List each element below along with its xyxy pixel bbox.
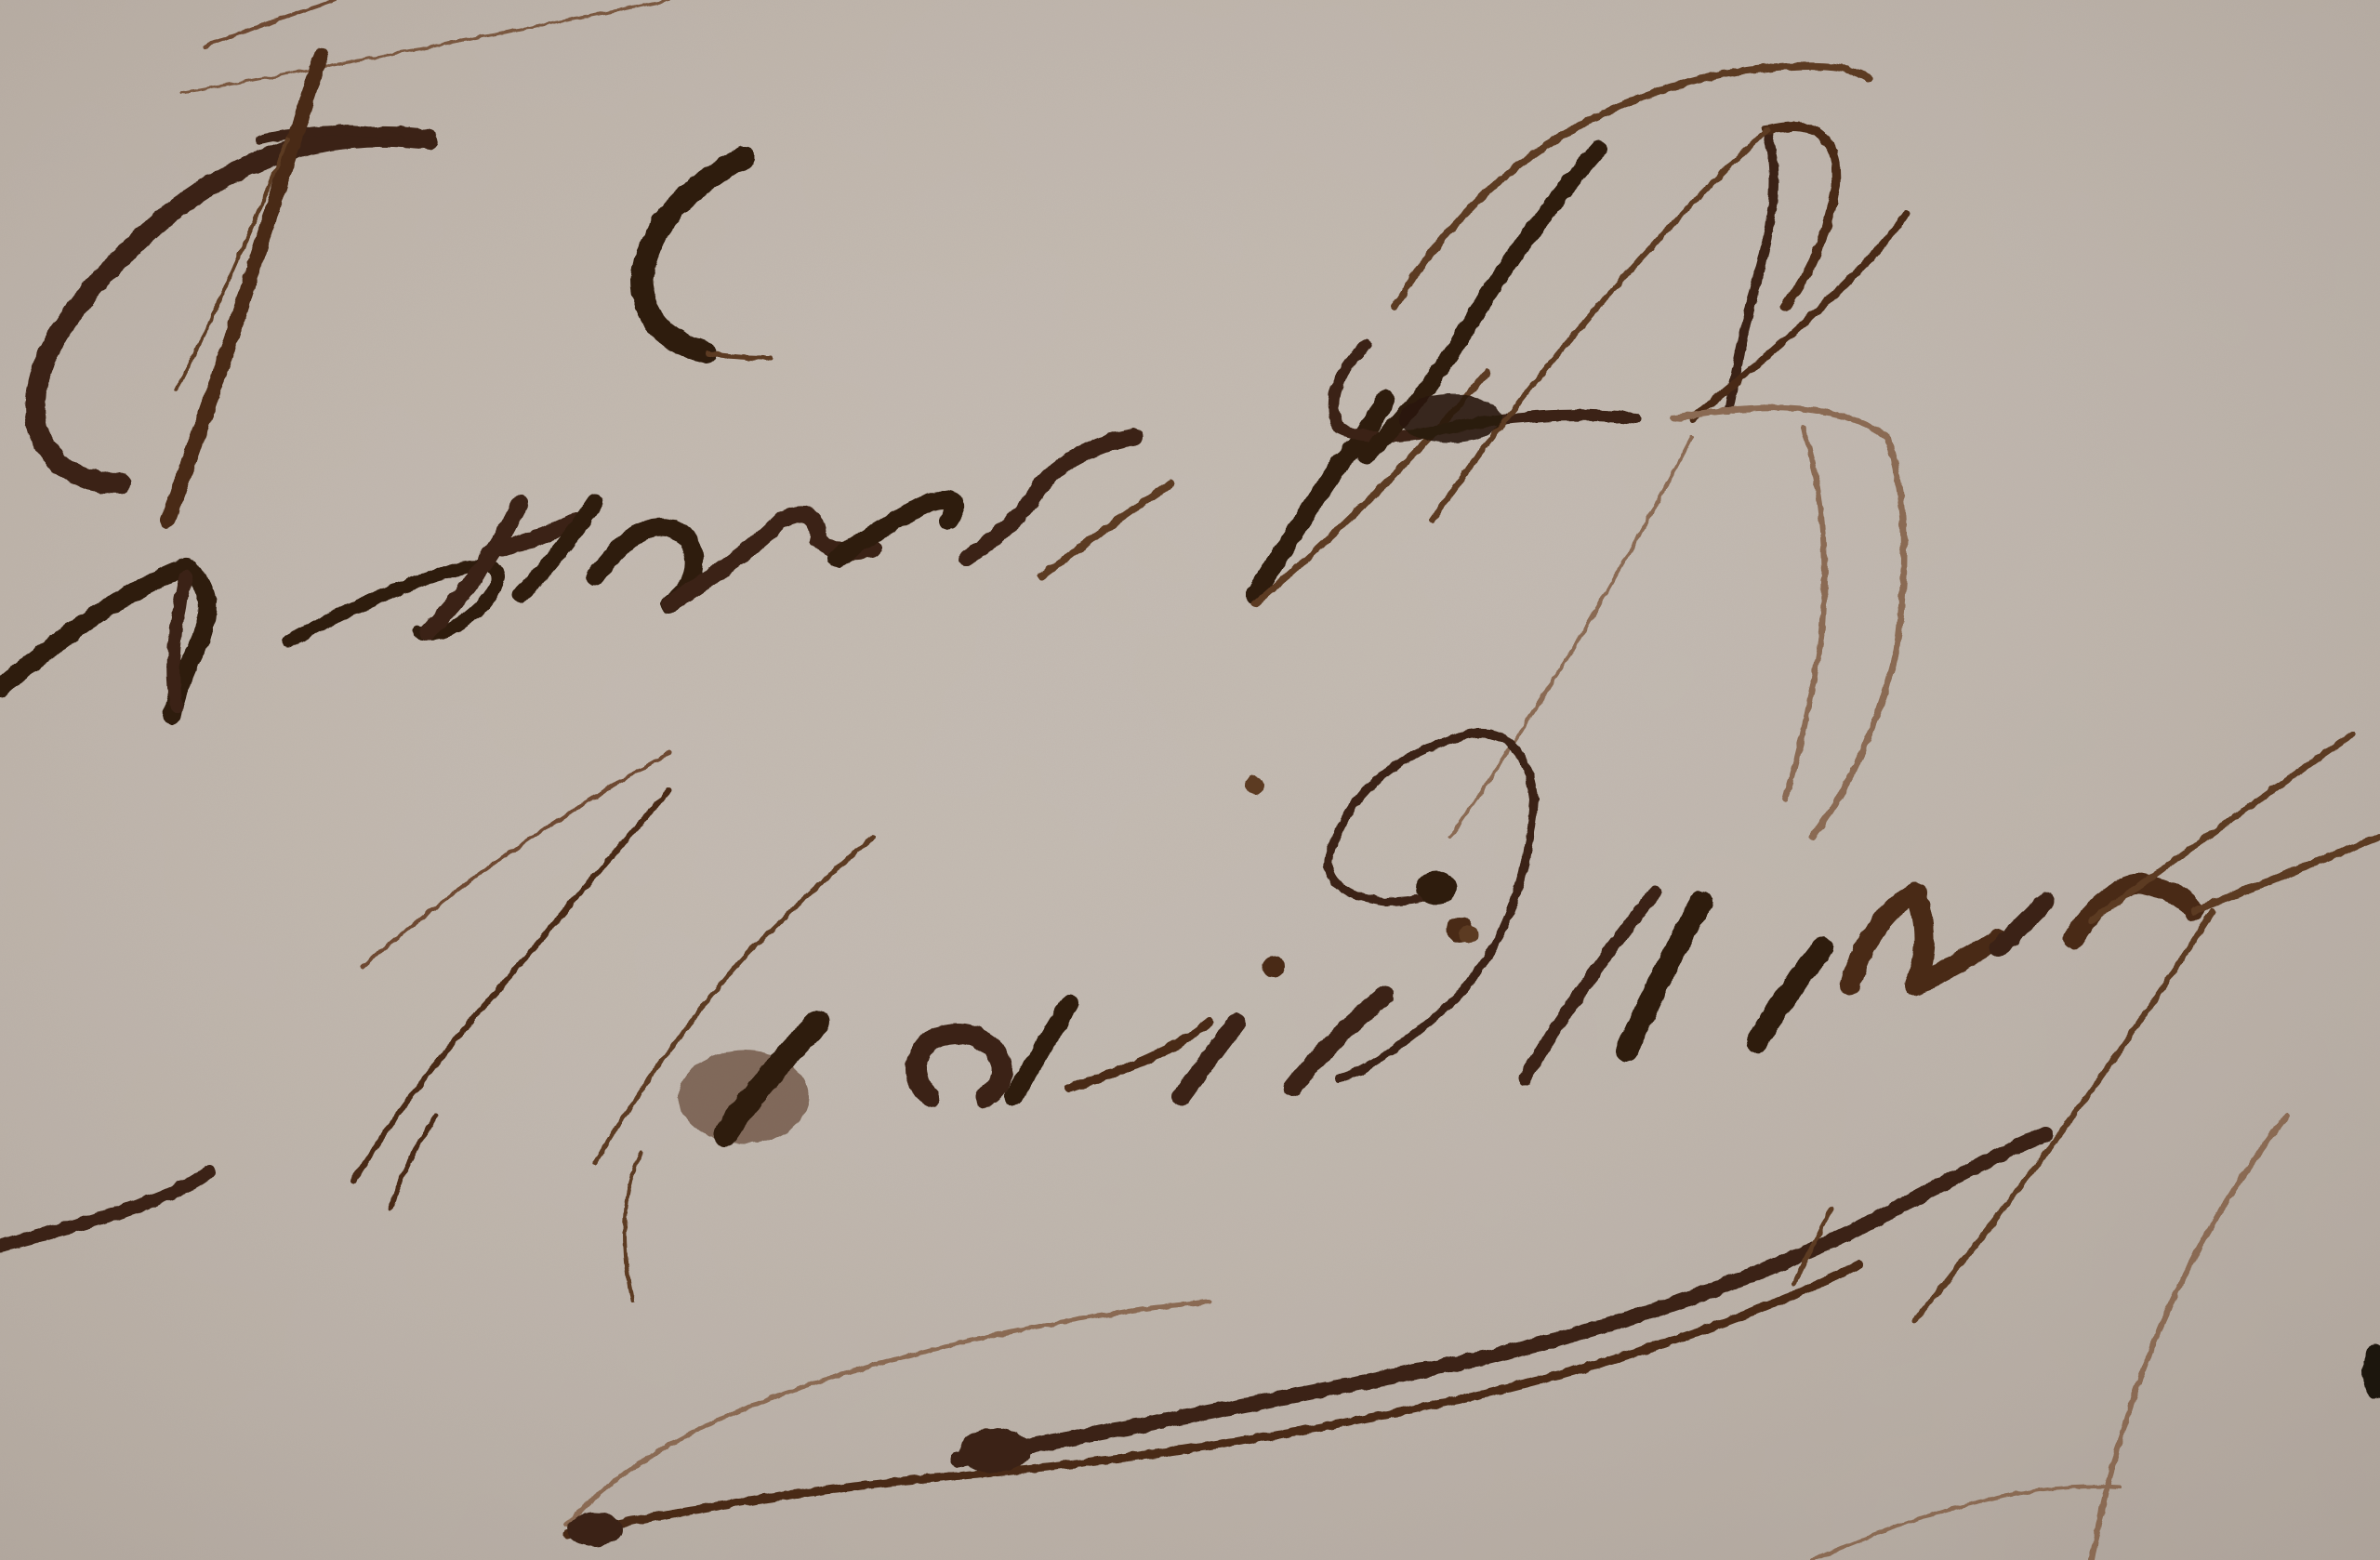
handwriting-photo <box>0 0 2380 1560</box>
